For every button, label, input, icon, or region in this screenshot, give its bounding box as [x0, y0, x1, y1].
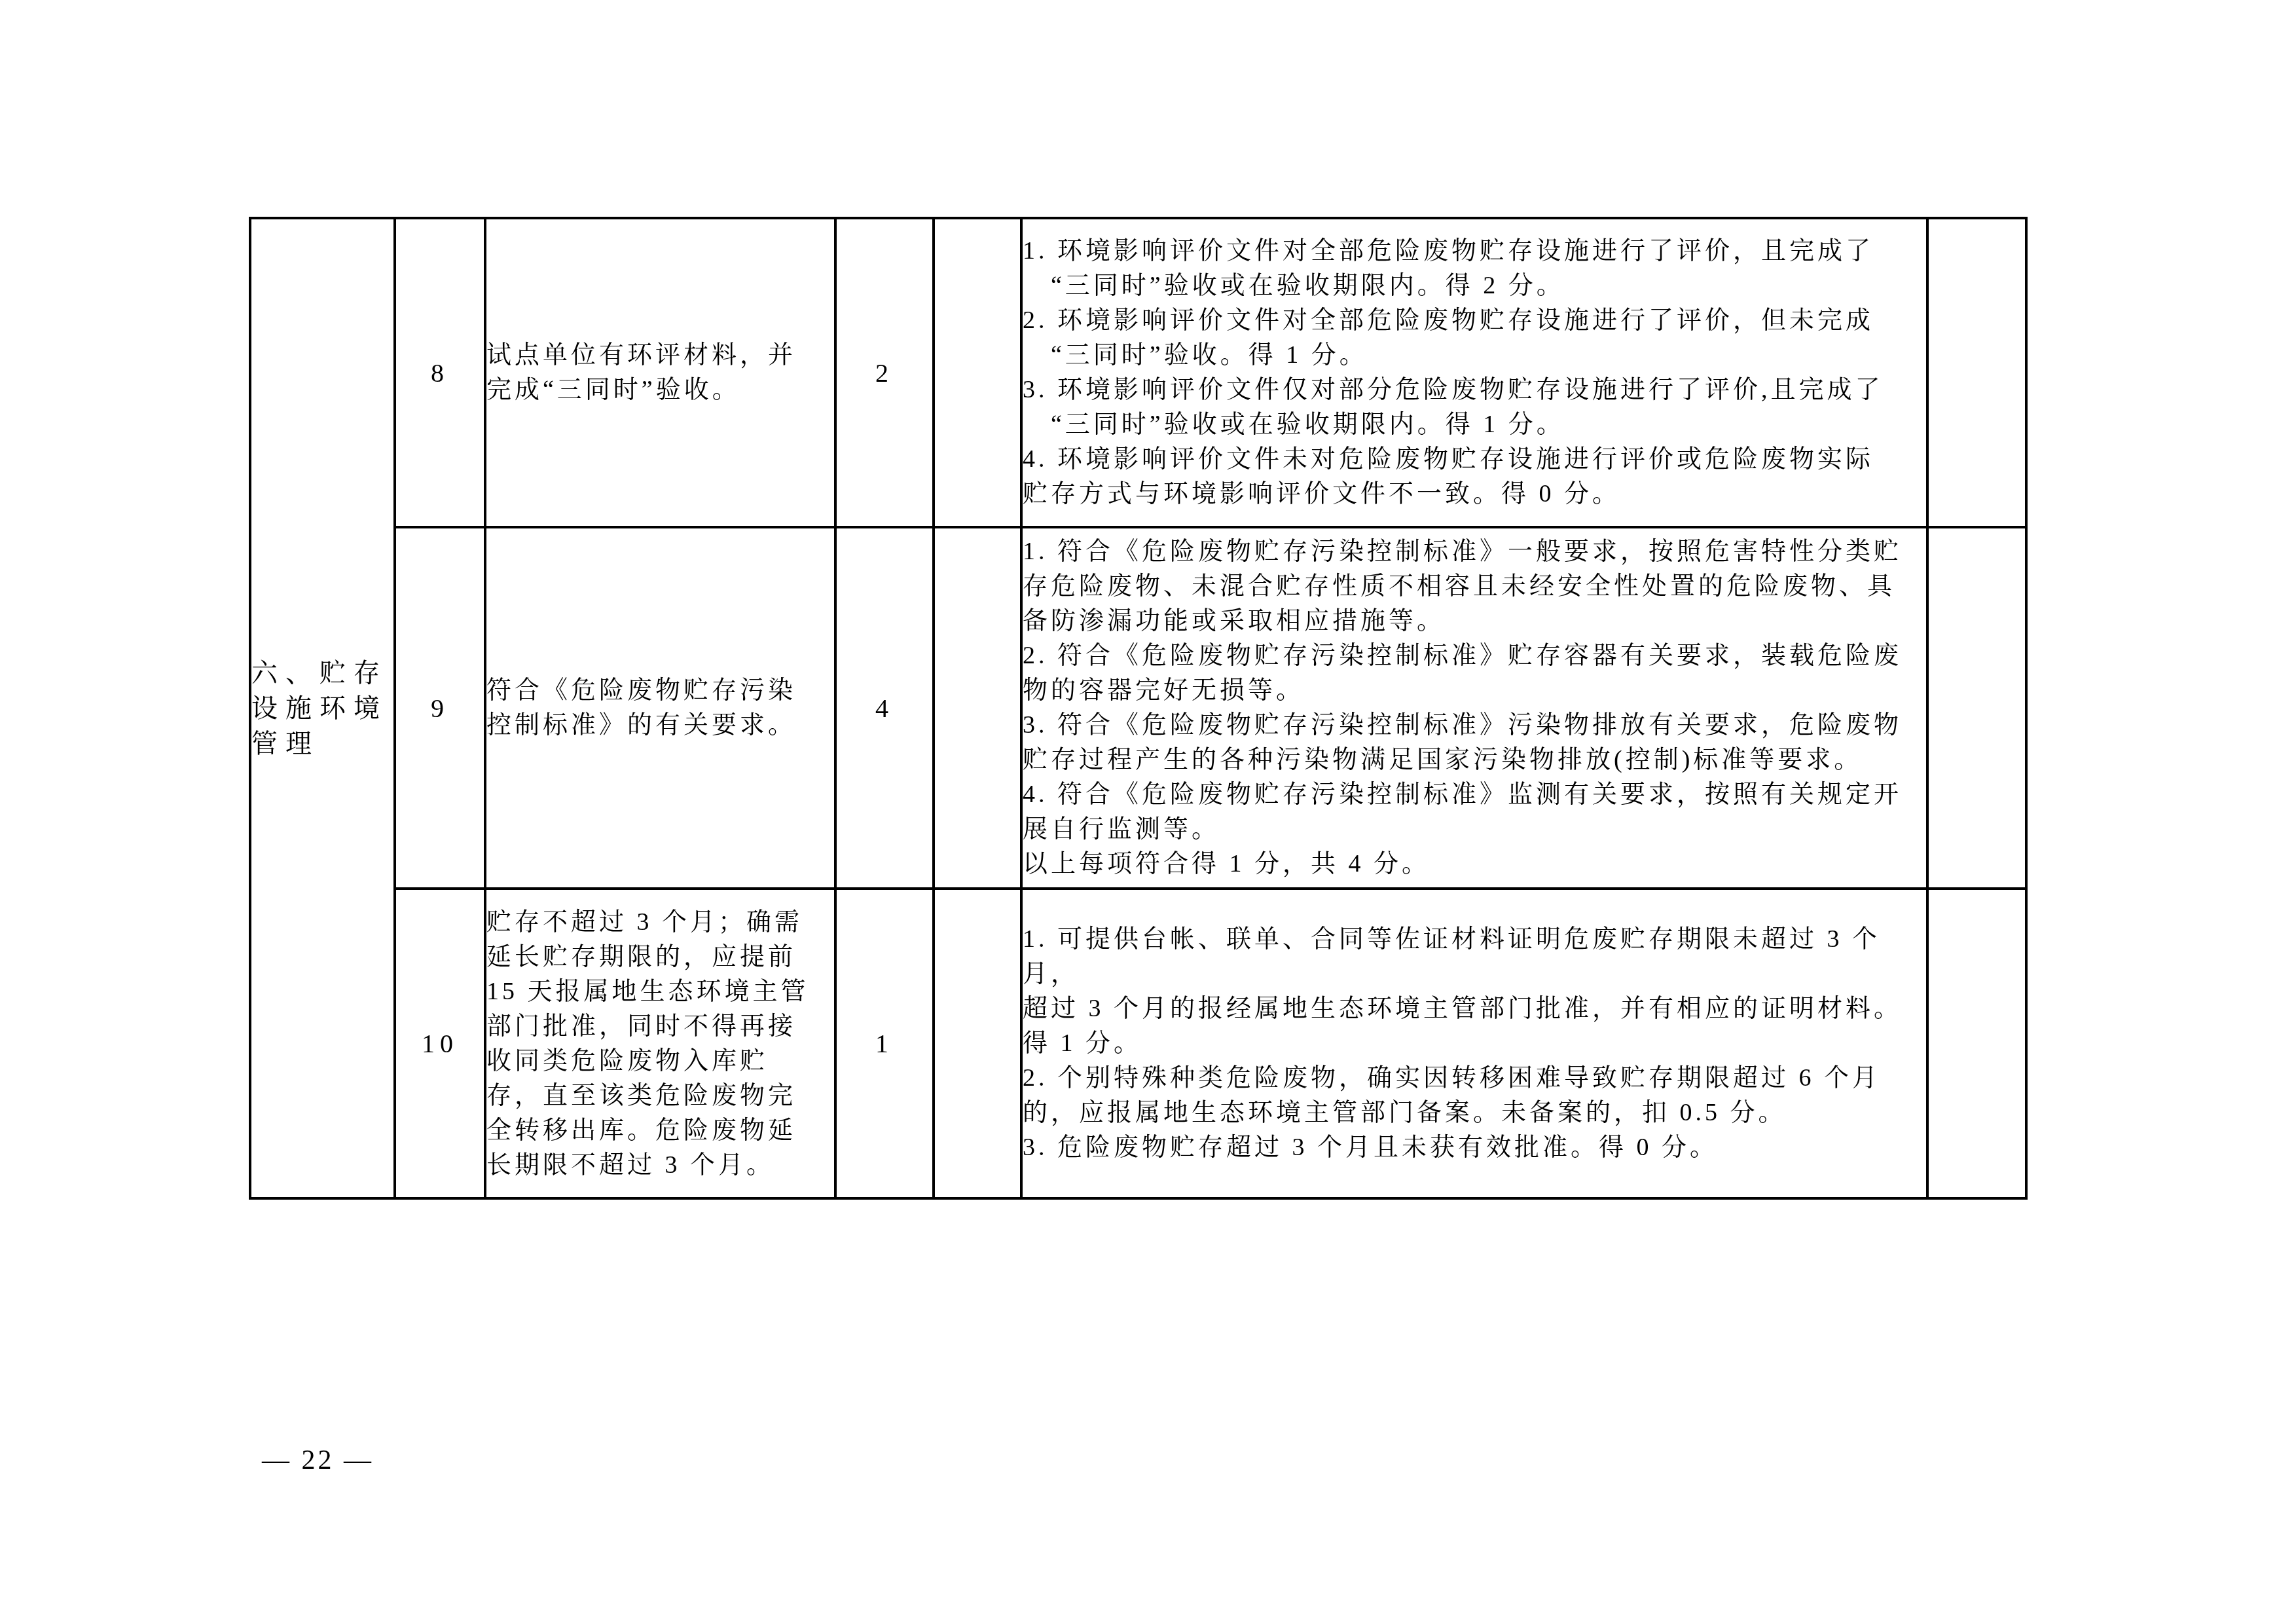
criteria-cell: 1. 符合《危险废物贮存污染控制标准》一般要求，按照危害特性分类贮 存危险废物、… — [1021, 527, 1927, 889]
requirement-cell: 试点单位有环评材料，并 完成“三同时”验收。 — [485, 218, 835, 527]
page-number: — 22 — — [262, 1445, 374, 1476]
score-value: 1 — [837, 1026, 932, 1061]
requirement-text: 贮存不超过 3 个月；确需 延长贮存期限的，应提前 15 天报属地生态环境主管 … — [486, 905, 834, 1183]
assessment-table: 六、贮存 设施环境 管理 8 试点单位有环评材料，并 完成“三同时”验收。 2 … — [249, 217, 2028, 1200]
result-blank-cell — [1927, 527, 2026, 889]
result-blank-cell — [1927, 218, 2026, 527]
criteria-cell: 1. 可提供台帐、联单、合同等佐证材料证明危废贮存期限未超过 3 个月， 超过 … — [1021, 889, 1927, 1198]
criteria-cell: 1. 环境影响评价文件对全部危险废物贮存设施进行了评价，且完成了 “三同时”验收… — [1021, 218, 1927, 527]
score-cell: 1 — [835, 889, 934, 1198]
item-number: 10 — [396, 1026, 484, 1061]
requirement-text: 符合《危险废物贮存污染 控制标准》的有关要求。 — [486, 673, 834, 743]
page: 六、贮存 设施环境 管理 8 试点单位有环评材料，并 完成“三同时”验收。 2 … — [0, 0, 2296, 1624]
criteria-text: 1. 符合《危险废物贮存污染控制标准》一般要求，按照危害特性分类贮 存危险废物、… — [1023, 534, 1926, 881]
requirement-cell: 贮存不超过 3 个月；确需 延长贮存期限的，应提前 15 天报属地生态环境主管 … — [485, 889, 835, 1198]
table-row-item-9: 9 符合《危险废物贮存污染 控制标准》的有关要求。 4 1. 符合《危险废物贮存… — [250, 527, 2026, 889]
score-value: 2 — [837, 356, 932, 390]
item-number-cell: 8 — [395, 218, 485, 527]
item-number-cell: 9 — [395, 527, 485, 889]
criteria-text: 1. 可提供台帐、联单、合同等佐证材料证明危废贮存期限未超过 3 个月， 超过 … — [1023, 922, 1926, 1165]
score-value: 4 — [837, 691, 932, 726]
item-number: 9 — [396, 691, 484, 726]
category-label: 六、贮存 设施环境 管理 — [251, 655, 393, 762]
item-number-cell: 10 — [395, 889, 485, 1198]
table-row-item-8: 六、贮存 设施环境 管理 8 试点单位有环评材料，并 完成“三同时”验收。 2 … — [250, 218, 2026, 527]
result-blank-cell — [1927, 889, 2026, 1198]
table-row-item-10: 10 贮存不超过 3 个月；确需 延长贮存期限的，应提前 15 天报属地生态环境… — [250, 889, 2026, 1198]
self-check-blank-cell — [934, 889, 1021, 1198]
criteria-text: 1. 环境影响评价文件对全部危险废物贮存设施进行了评价，且完成了 “三同时”验收… — [1023, 234, 1926, 511]
requirement-text: 试点单位有环评材料，并 完成“三同时”验收。 — [486, 338, 834, 407]
score-cell: 4 — [835, 527, 934, 889]
item-number: 8 — [396, 356, 484, 390]
score-cell: 2 — [835, 218, 934, 527]
requirement-cell: 符合《危险废物贮存污染 控制标准》的有关要求。 — [485, 527, 835, 889]
self-check-blank-cell — [934, 218, 1021, 527]
category-cell: 六、贮存 设施环境 管理 — [250, 218, 395, 1198]
self-check-blank-cell — [934, 527, 1021, 889]
